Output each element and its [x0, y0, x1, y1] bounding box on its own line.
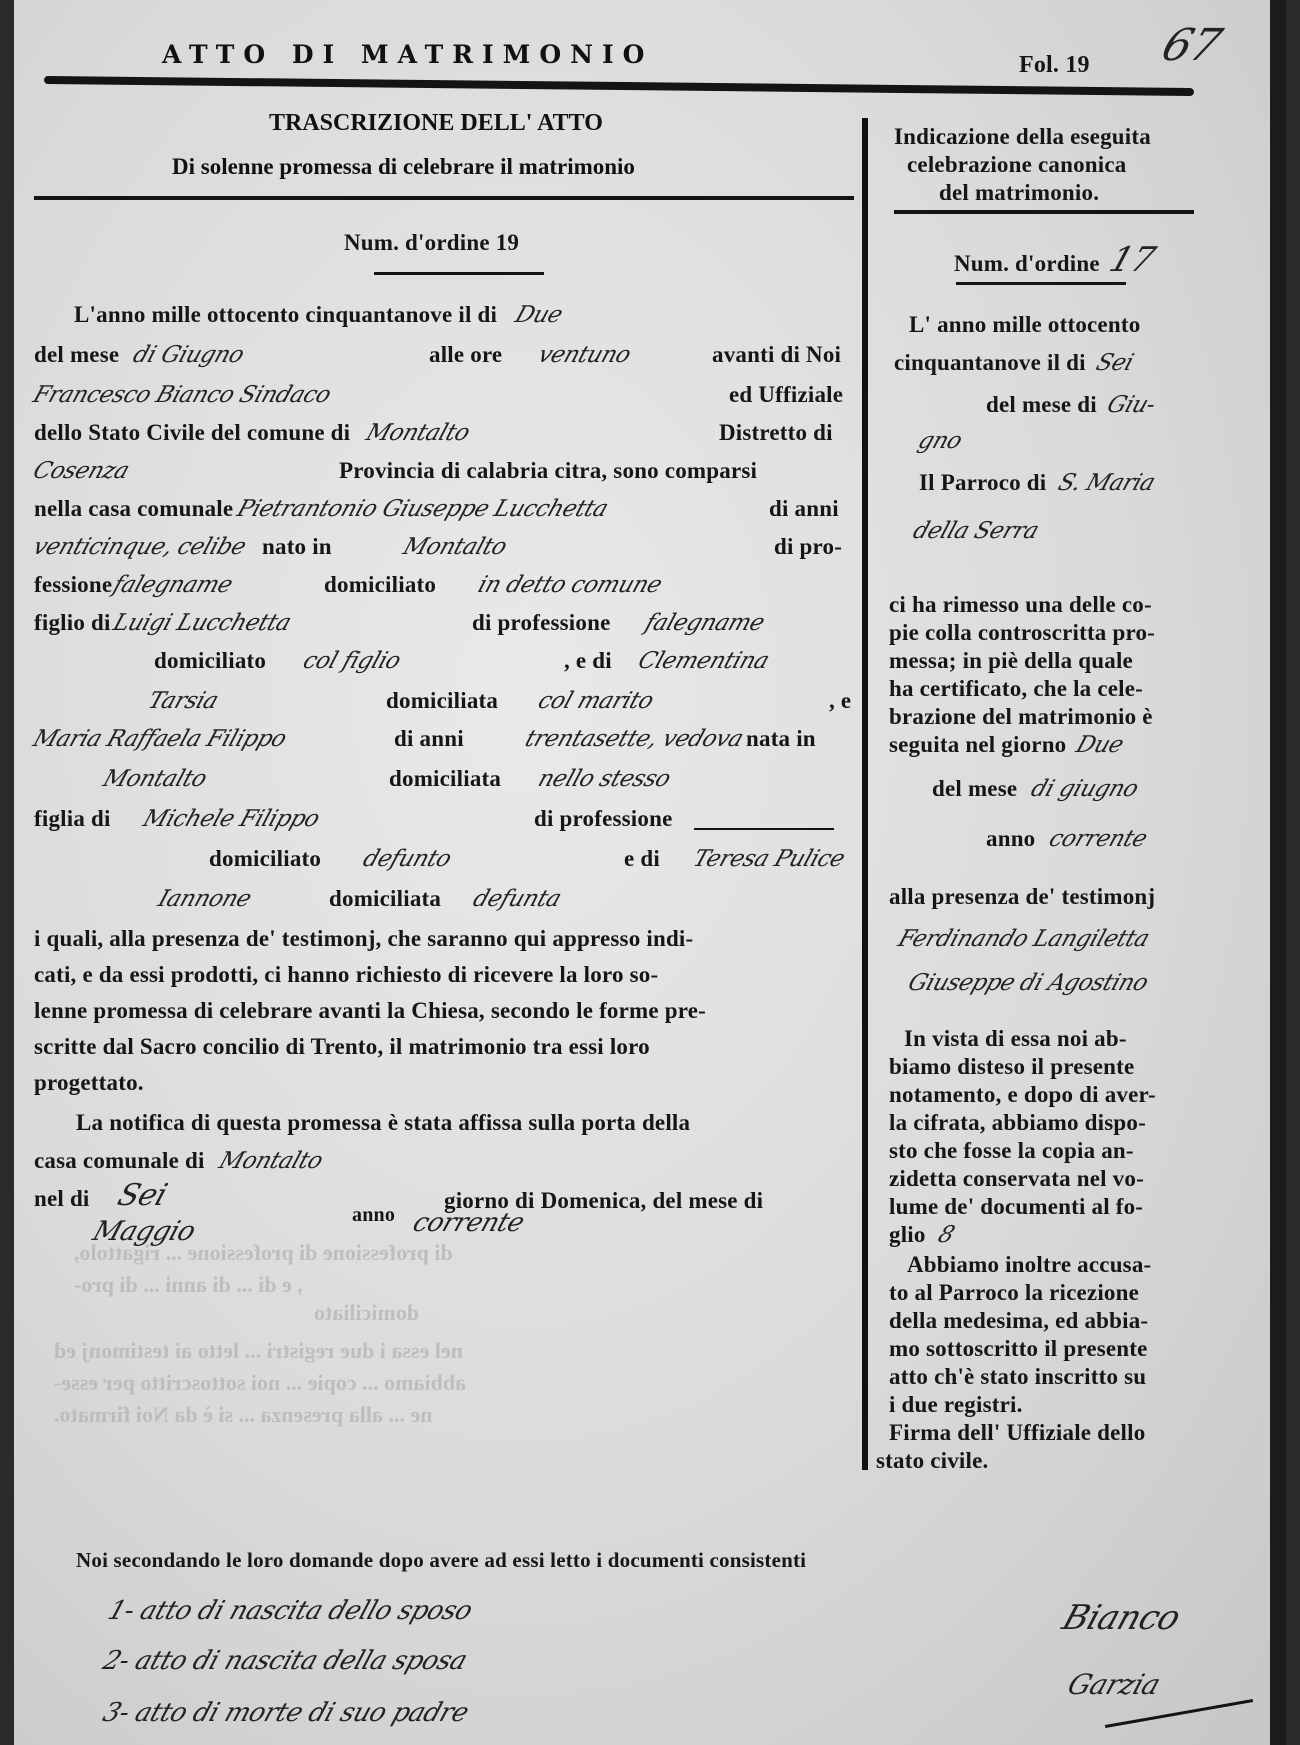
comune-name: Montalto [363, 420, 473, 446]
document-list-item: 2- atto di nascita della sposa [99, 1646, 470, 1676]
closing-line: to al Parroco la ricezione [889, 1280, 1139, 1306]
closing-line: zidetta conservata nel vo- [889, 1166, 1144, 1192]
closing-line: mo sottoscritto il presente [889, 1336, 1148, 1362]
bleed-through-line: , e di ... di anni ... di pro- [74, 1272, 303, 1298]
right-body-line: seguita nel giorno Due [889, 732, 1123, 758]
closing-line: biamo disteso il presente [889, 1054, 1134, 1080]
closing-line: la cifrata, abbiamo dispo- [889, 1110, 1146, 1136]
form-line: del mese di Giugno alle ore ventuno avan… [34, 342, 854, 368]
bleed-through-line: abbiamo ... copie ... noi sottoscritto p… [54, 1370, 466, 1396]
form-line: L'anno mille ottocento cinquantanove il … [74, 302, 562, 328]
body-line: lenne promessa di celebrare avanti la Ch… [34, 998, 706, 1024]
body-line: progettato. [34, 1070, 144, 1096]
right-body-line: brazione del matrimonio è [889, 704, 1153, 730]
signature-flourish [1105, 1699, 1253, 1728]
signature: Bianco [1058, 1598, 1186, 1638]
groom-name: Pietrantonio Giuseppe Lucchetta [234, 496, 611, 522]
left-heading-rule [34, 196, 854, 200]
body-line: scritte dal Sacro concilio di Trento, il… [34, 1034, 650, 1060]
bleed-through-line: nel essa i due registri ... letto ai tes… [54, 1338, 463, 1364]
right-body-line: anno corrente [986, 826, 1146, 852]
folio-label: Fol. 19 [1019, 52, 1090, 79]
closing-line: In vista di essa noi ab- [904, 1026, 1127, 1052]
witnesses-label: alla presenza de' testimonj [889, 884, 1155, 910]
officer-name: Francesco Bianco Sindaco [30, 382, 334, 408]
right-heading-line: Indicazione della eseguita [894, 124, 1151, 150]
right-order-rule [956, 282, 1126, 285]
bleed-through-line: domiciliato [314, 1300, 419, 1326]
body-line: cati, e da essi prodotti, ci hanno richi… [34, 962, 658, 988]
form-line: venticinque, celibe nato in Montalto di … [34, 534, 854, 560]
form-line: figlio di Luigi Lucchetta di professione… [34, 610, 854, 636]
document-title: ATTO DI MATRIMONIO [162, 40, 653, 69]
closing-line: Firma dell' Uffiziale dello [889, 1420, 1145, 1446]
closing-line: stato civile. [876, 1448, 988, 1474]
left-subheading: Di solenne promessa di celebrare il matr… [172, 154, 635, 180]
witness-name: Giuseppe di Agostino [905, 970, 1151, 996]
closing-line: sto che fosse la copia an- [889, 1138, 1134, 1164]
document-page: di professione di professione ... rigatt… [14, 0, 1286, 1745]
right-body-line: messa; in piè della quale [889, 648, 1133, 674]
document-list-item: 3- atto di morte di suo padre [99, 1698, 472, 1728]
column-divider [862, 118, 868, 1470]
document-list-item: 1- atto di nascita dello sposo [104, 1596, 476, 1626]
closing-line: glio 8 [889, 1222, 953, 1248]
closing-line: della medesima, ed abbia- [889, 1308, 1148, 1334]
right-body-line: ha certificato, che la cele- [889, 676, 1143, 702]
scan-edge [1270, 0, 1286, 1745]
bleed-through-line: ne ... alla presenza ... si è da Noi fir… [54, 1402, 432, 1428]
form-line: Francesco Bianco Sindaco ed Uffiziale [34, 382, 854, 408]
body-line: i quali, alla presenza de' testimonj, ch… [34, 926, 693, 952]
footer-printed-line: Noi secondando le loro domande dopo aver… [76, 1548, 806, 1573]
left-order-line: Num. d'ordine 19 [344, 230, 519, 256]
right-heading-rule [894, 210, 1194, 214]
right-body-line: pie colla controscritta pro- [889, 620, 1155, 646]
notice-line: La notifica di questa promessa è stata a… [76, 1110, 690, 1136]
form-line: Maria Raffaela Filippo di anni trentaset… [34, 726, 854, 752]
form-line: dello Stato Civile del comune di Montalt… [34, 420, 854, 446]
right-line: cinquantanove il di Sei [894, 350, 1132, 376]
parroco-parish: della Serra [910, 518, 1042, 544]
right-heading-line: celebrazione canonica [907, 152, 1126, 178]
corner-annotation: 67 [1156, 20, 1228, 71]
right-order-line: Num. d'ordine 17 [954, 240, 1153, 280]
right-heading-line: del matrimonio. [939, 180, 1099, 206]
closing-line: atto ch'è stato inscritto su [889, 1364, 1146, 1390]
form-line: nella casa comunale Pietrantonio Giusepp… [34, 496, 854, 522]
parroco-line: Il Parroco di S. Maria [919, 470, 1154, 496]
handwritten-day: Due [512, 302, 566, 328]
closing-line: Abbiamo inoltre accusa- [907, 1252, 1151, 1278]
right-body-line: del mese di giugno [932, 776, 1138, 802]
form-line: figlia di Michele Filippo di professione [34, 806, 854, 832]
closing-line: lume de' documenti al fo- [889, 1194, 1143, 1220]
bride-name: Maria Raffaela Filippo [30, 726, 290, 752]
order-label: Num. d'ordine [344, 230, 490, 255]
right-line: del mese di Giu- [986, 392, 1154, 418]
right-line: gno [915, 428, 965, 454]
form-line: Cosenza Provincia di calabria citra, son… [34, 458, 854, 484]
order-number: 19 [496, 230, 519, 255]
right-body-line: ci ha rimesso una delle co- [889, 592, 1152, 618]
closing-line: notamento, e dopo di aver- [889, 1082, 1156, 1108]
witness-name: Ferdinando Langiletta [895, 926, 1153, 952]
right-line: L' anno mille ottocento [909, 312, 1140, 338]
left-heading: TRASCRIZIONE DELL' ATTO [269, 110, 603, 137]
signature: Garzia [1064, 1668, 1165, 1701]
order-rule [374, 272, 544, 275]
closing-line: i due registri. [889, 1392, 1023, 1418]
form-line: fessione falegname domiciliato in detto … [34, 572, 854, 598]
